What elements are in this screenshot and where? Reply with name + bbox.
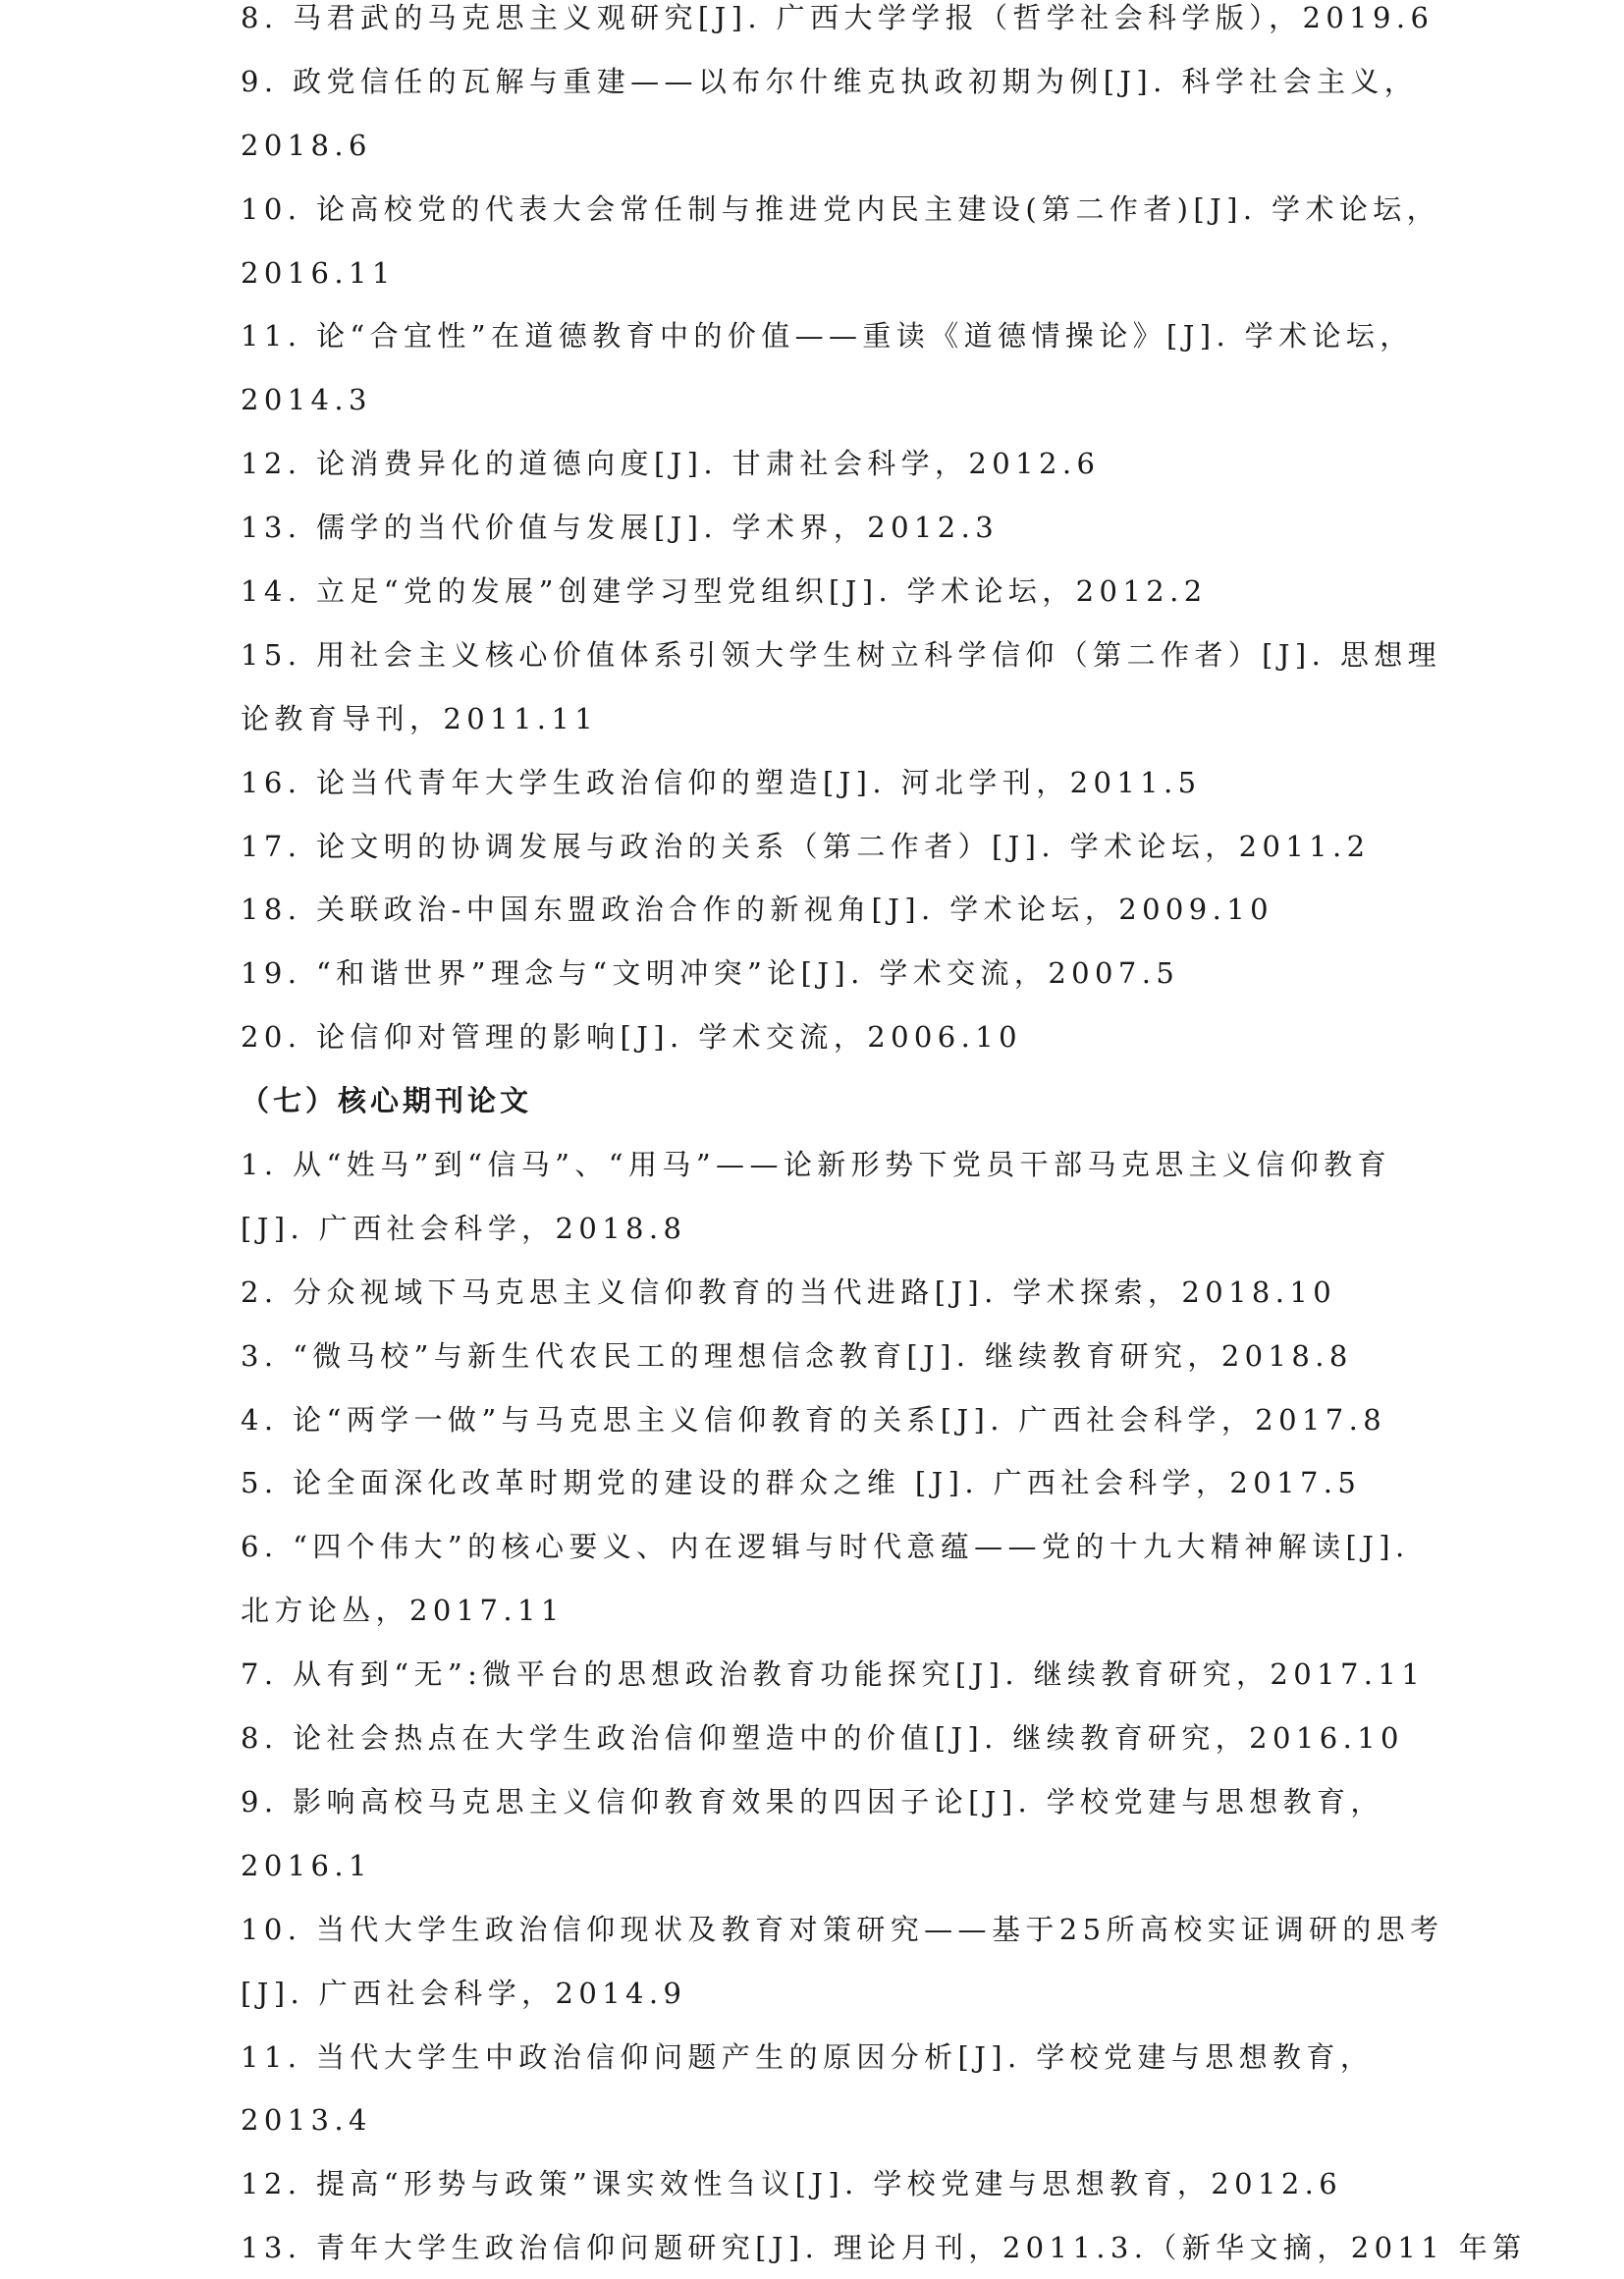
list-item: 11. 论“合宜性”在道德教育中的价值——重读《道德情操论》[J]. 学术论坛， [241, 304, 1399, 368]
list-item: 8. 马君武的马克思主义观研究[J]. 广西大学学报（哲学社会科学版），2019… [241, 0, 1399, 50]
list-item-continuation: [J]. 广西社会科学，2018.8 [241, 1197, 1399, 1261]
list-item: 13. 儒学的当代价值与发展[J]. 学术界，2012.3 [241, 496, 1399, 560]
list-item-continuation: 2014.3 [241, 368, 1399, 432]
list-item-continuation: 2016.11 [241, 242, 1399, 305]
list-item: 10. 论高校党的代表大会常任制与推进党内民主建设(第二作者)[J]. 学术论坛… [241, 178, 1399, 242]
list-item: 6. “四个伟大”的核心要义、内在逻辑与时代意蕴——党的十九大精神解读[J]. [241, 1515, 1399, 1579]
list-item-continuation: 北方论丛，2017.11 [241, 1579, 1399, 1643]
list-item: 9. 影响高校马克思主义信仰教育效果的四因子论[J]. 学校党建与思想教育， [241, 1770, 1399, 1834]
list-item: 7. 从有到“无”:微平台的思想政治教育功能探究[J]. 继续教育研究，2017… [241, 1643, 1399, 1707]
list-item-continuation: [J]. 广西社会科学，2014.9 [241, 1962, 1399, 2026]
list-item-continuation: 2018.6 [241, 114, 1399, 178]
list-item-continuation: 2013.4 [241, 2089, 1399, 2152]
list-item: 5. 论全面深化改革时期党的建设的群众之维 [J]. 广西社会科学，2017.5 [241, 1451, 1399, 1515]
list-item: 19. “和谐世界”理念与“文明冲突”论[J]. 学术交流，2007.5 [241, 942, 1399, 1005]
list-item: 11. 当代大学生中政治信仰问题产生的原因分析[J]. 学校党建与思想教育， [241, 2026, 1399, 2089]
list-item: 13. 青年大学生政治信仰问题研究[J]. 理论月刊，2011.3.（新华文摘，… [241, 2216, 1399, 2279]
list-item-continuation: 2016.1 [241, 1834, 1399, 1898]
list-item: 2. 分众视域下马克思主义信仰教育的当代进路[J]. 学术探索，2018.10 [241, 1261, 1399, 1325]
list-item: 18. 关联政治-中国东盟政治合作的新视角[J]. 学术论坛，2009.10 [241, 878, 1399, 942]
document-page: 8. 马君武的马克思主义观研究[J]. 广西大学学报（哲学社会科学版），2019… [241, 0, 1399, 2279]
list-item: 16. 论当代青年大学生政治信仰的塑造[J]. 河北学刊，2011.5 [241, 751, 1399, 815]
list-item: 1. 从“姓马”到“信马”、“用马”——论新形势下党员干部马克思主义信仰教育 [241, 1133, 1399, 1197]
list-item-continuation: 论教育导刊，2011.11 [241, 687, 1399, 751]
list-item: 3. “微马校”与新生代农民工的理想信念教育[J]. 继续教育研究，2018.8 [241, 1325, 1399, 1388]
list-item: 12. 论消费异化的道德向度[J]. 甘肃社会科学，2012.6 [241, 432, 1399, 496]
list-item: 9. 政党信任的瓦解与重建——以布尔什维克执政初期为例[J]. 科学社会主义， [241, 50, 1399, 114]
list-item: 15. 用社会主义核心价值体系引领大学生树立科学信仰（第二作者）[J]. 思想理 [241, 624, 1399, 687]
list-item: 8. 论社会热点在大学生政治信仰塑造中的价值[J]. 继续教育研究，2016.1… [241, 1707, 1399, 1770]
list-item: 20. 论信仰对管理的影响[J]. 学术交流，2006.10 [241, 1005, 1399, 1069]
list-item: 4. 论“两学一做”与马克思主义信仰教育的关系[J]. 广西社会科学，2017.… [241, 1388, 1399, 1452]
list-item: 10. 当代大学生政治信仰现状及教育对策研究——基于25所高校实证调研的思考 [241, 1898, 1399, 1962]
section-heading: （七）核心期刊论文 [241, 1069, 1399, 1133]
list-item: 17. 论文明的协调发展与政治的关系（第二作者）[J]. 学术论坛，2011.2 [241, 815, 1399, 879]
list-item: 12. 提高“形势与政策”课实效性刍议[J]. 学校党建与思想教育，2012.6 [241, 2152, 1399, 2216]
list-item: 14. 立足“党的发展”创建学习型党组织[J]. 学术论坛，2012.2 [241, 560, 1399, 624]
